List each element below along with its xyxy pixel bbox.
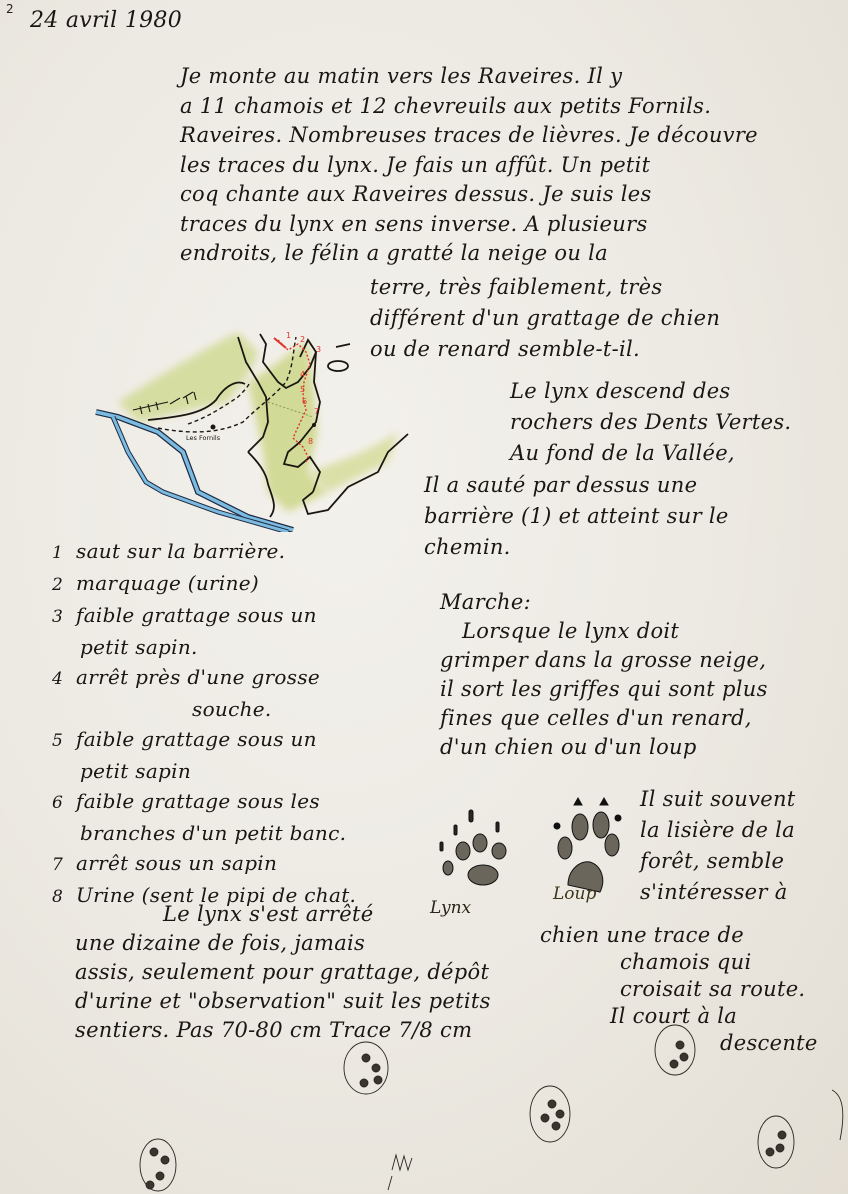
text-line: une dizaine de fois, jamais: [75, 929, 491, 958]
legend-text: arrêt près d'une grosse: [76, 665, 320, 689]
paragraph-5: Il suit souvent la lisière de la forêt, …: [640, 784, 796, 908]
wolf-paw-sketch: [554, 798, 621, 892]
text-line: descente: [580, 1030, 818, 1057]
map-place-label: Les Fornils: [186, 434, 221, 442]
track-map-sketch: Les Fornils 1 2 3 4 5 6 7 8: [88, 322, 418, 532]
legend-number: 2: [52, 570, 76, 600]
text-line: chien une trace de: [540, 922, 818, 949]
text-line: Il court à la: [580, 1003, 818, 1030]
map-marker-8: 8: [308, 437, 313, 446]
text-line: Le lynx descend des: [510, 376, 791, 407]
legend-item: 2marquage (urine): [52, 568, 356, 600]
map-marker-4: 4: [300, 370, 305, 379]
map-marker-2: 2: [300, 335, 305, 344]
legend-text: marquage (urine): [76, 571, 259, 595]
text-line: rochers des Dents Vertes.: [510, 407, 791, 438]
text-line: chamois qui: [580, 949, 818, 976]
text-line: il sort les griffes qui sont plus: [440, 675, 768, 704]
legend-item: 6faible grattage sous les: [52, 786, 356, 818]
text-line: traces du lynx en sens inverse. A plusie…: [180, 210, 758, 240]
text-line: Il suit souvent: [640, 784, 796, 815]
text-line: sentiers. Pas 70-80 cm Trace 7/8 cm: [75, 1016, 491, 1045]
legend-text: souche.: [52, 694, 356, 724]
text-line: Le lynx s'est arrêté: [145, 900, 491, 929]
text-line: s'intéresser à: [640, 877, 796, 908]
paragraph-4: Il a sauté par dessus une barrière (1) e…: [424, 470, 729, 563]
walking-note: Marche: Lorsque le lynx doit grimper dan…: [440, 588, 768, 762]
legend-item: 7arrêt sous un sapin: [52, 848, 356, 880]
text-line: assis, seulement pour grattage, dépôt: [75, 958, 491, 987]
text-line: coq chante aux Raveires dessus. Je suis …: [180, 180, 758, 210]
text-line: Raveires. Nombreuses traces de lièvres. …: [180, 121, 758, 151]
legend-text: faible grattage sous les: [76, 789, 320, 813]
track-print: [140, 1139, 176, 1191]
manuscript-page: 2 24 avril 1980 Je monte au matin vers l…: [0, 0, 848, 1194]
text-line: croisait sa route.: [580, 976, 818, 1003]
text-line: les traces du lynx. Je fais un affût. Un…: [180, 151, 758, 181]
page-number: 2: [6, 2, 14, 16]
legend-text: petit sapin.: [52, 632, 356, 662]
landmark-dot: [211, 425, 216, 430]
paragraph-7: chien une trace de chamois qui croisait …: [580, 922, 818, 1057]
map-legend: 1saut sur la barrière. 2marquage (urine)…: [52, 536, 356, 912]
legend-item: 1saut sur la barrière.: [52, 536, 356, 568]
track-print: [758, 1116, 794, 1168]
map-marker-1: 1: [286, 331, 291, 340]
text-line: forêt, semble: [640, 846, 796, 877]
map-marker-7: 7: [314, 407, 319, 416]
text-line: grimper dans la grosse neige,: [440, 646, 768, 675]
paragraph-1: Je monte au matin vers les Raveires. Il …: [180, 62, 758, 269]
text-line: terre, très faiblement, très: [370, 272, 720, 303]
text-line: d'urine et "observation" suit les petits: [75, 987, 491, 1016]
legend-text: arrêt sous un sapin: [76, 851, 277, 875]
scribble: [388, 1155, 412, 1190]
landmark-dot: [312, 423, 316, 427]
legend-number: 4: [52, 664, 76, 694]
map-marker-3: 3: [316, 345, 321, 354]
lynx-paw-sketch: [440, 810, 506, 885]
legend-text: faible grattage sous un: [76, 727, 317, 751]
track-print: [530, 1086, 570, 1142]
text-line: a 11 chamois et 12 chevreuils aux petits…: [180, 92, 758, 122]
legend-number: 3: [52, 602, 76, 632]
text-line: la lisière de la: [640, 815, 796, 846]
legend-text: branches d'un petit banc.: [52, 818, 356, 848]
text-line: Au fond de la Vallée,: [510, 438, 791, 469]
text-line: ou de renard semble-t-il.: [370, 334, 720, 365]
legend-item: 5faible grattage sous un: [52, 724, 356, 756]
note-heading: Marche:: [440, 588, 768, 617]
paragraph-3: Le lynx descend des rochers des Dents Ve…: [510, 376, 791, 469]
text-line: barrière (1) et atteint sur le: [424, 501, 729, 532]
forest-shading: [118, 332, 398, 512]
track-print-partial: [832, 1090, 843, 1140]
paragraph-6: Le lynx s'est arrêté une dizaine de fois…: [145, 900, 491, 1045]
legend-number: 1: [52, 538, 76, 568]
legend-text: faible grattage sous un: [76, 603, 317, 627]
text-line: différent d'un grattage de chien: [370, 303, 720, 334]
text-line: chemin.: [424, 532, 729, 563]
legend-text: petit sapin: [52, 756, 356, 786]
text-line: Il a sauté par dessus une: [424, 470, 729, 501]
legend-number: 7: [52, 850, 76, 880]
text-line: d'un chien ou d'un loup: [440, 733, 768, 762]
legend-number: 8: [52, 882, 76, 912]
text-line: Je monte au matin vers les Raveires. Il …: [180, 62, 758, 92]
map-marker-5: 5: [300, 385, 305, 394]
legend-item: 3faible grattage sous un: [52, 600, 356, 632]
legend-text: saut sur la barrière.: [76, 539, 285, 563]
track-print: [344, 1042, 388, 1094]
entry-date: 24 avril 1980: [30, 6, 182, 36]
text-line: Lorsque le lynx doit: [440, 617, 768, 646]
paragraph-2: terre, très faiblement, très différent d…: [370, 272, 720, 365]
text-line: fines que celles d'un renard,: [440, 704, 768, 733]
legend-number: 6: [52, 788, 76, 818]
legend-number: 5: [52, 726, 76, 756]
legend-item: 4arrêt près d'une grosse: [52, 662, 356, 694]
text-line: endroits, le félin a gratté la neige ou …: [180, 239, 758, 269]
wolf-sketch-label: Loup: [553, 884, 596, 904]
map-marker-6: 6: [302, 397, 307, 406]
